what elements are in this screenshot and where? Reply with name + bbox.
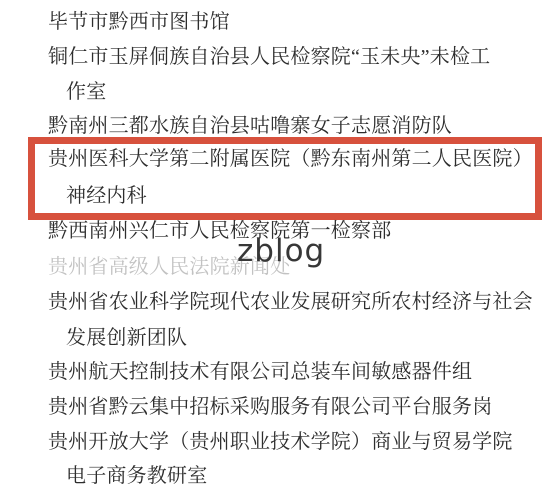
list-item-line: 毕节市黔西市图书馆 [48,9,230,35]
award-list-page: 毕节市黔西市图书馆 铜仁市玉屏侗族自治县人民检察院“玉未央”未检工 作室 黔南州… [0,0,544,500]
list-item-line: 贵州省黔云集中招标采购服务有限公司平台服务岗 [48,394,492,420]
list-item-line: 黔南州三都水族自治县咕噜寨女子志愿消防队 [48,113,452,139]
list-item-line: 铜仁市玉屏侗族自治县人民检察院“玉未央”未检工 [48,44,490,70]
list-item-line-continuation: 电子商务教研室 [66,463,207,489]
list-item-line: 贵州省农业科学院现代农业发展研究所农村经济与社会 [48,289,533,315]
list-item-line: 黔西南州兴仁市人民检察院第一检察部 [48,218,391,244]
highlighted-list-item-line: 贵州医科大学第二附属医院（黔东南州第二人民医院） [48,146,533,172]
zblog-watermark: zblog [237,233,325,269]
list-item-line-continuation: 作室 [66,79,106,105]
highlighted-list-item-line-continuation: 神经内科 [66,183,147,209]
list-item-line-continuation: 发展创新团队 [66,325,187,351]
list-item-line: 贵州航天控制技术有限公司总装车间敏感器件组 [48,359,472,385]
list-item-line: 贵州开放大学（贵州职业技术学院）商业与贸易学院 [48,429,513,455]
